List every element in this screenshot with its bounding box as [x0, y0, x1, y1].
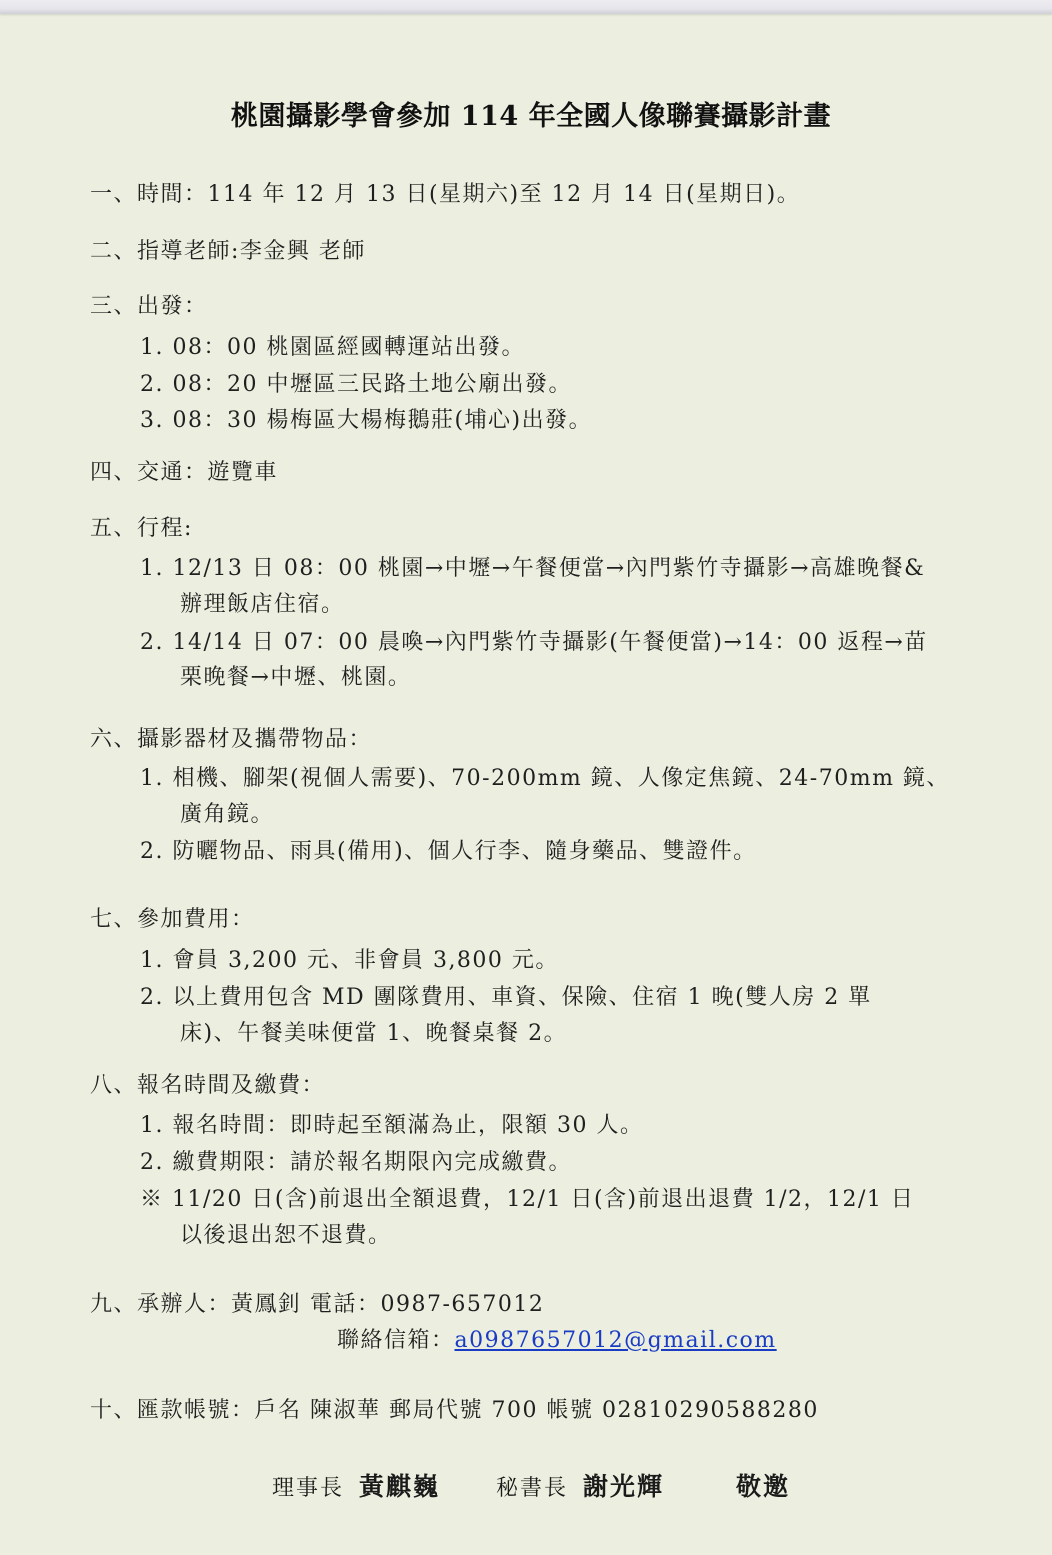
- registration-item: 2. 繳費期限：請於報名期限內完成繳費。: [140, 1148, 572, 1178]
- section-equipment-heading: 六、攝影器材及攜帶物品：: [90, 725, 372, 755]
- closing-text: 敬邀: [736, 1472, 790, 1501]
- fees-item: 1. 會員 3,200 元、非會員 3,800 元。: [140, 946, 559, 976]
- signature-closing: 敬邀: [736, 1470, 790, 1506]
- section-contact: 九、承辦人：黃鳳釗 電話：0987-657012: [90, 1290, 544, 1320]
- secretary-title: 秘書長: [496, 1476, 568, 1501]
- departure-item: 2. 08：20 中壢區三民路土地公廟出發。: [140, 370, 572, 400]
- section-registration-heading: 八、報名時間及繳費：: [90, 1071, 325, 1101]
- section-departure-heading: 三、出發：: [90, 292, 208, 322]
- secretary-name: 謝光輝: [583, 1472, 664, 1501]
- equipment-item-continued: 廣角鏡。: [180, 800, 274, 830]
- section-instructor: 二、指導老師:李金興 老師: [90, 237, 366, 267]
- chairman-title: 理事長: [272, 1476, 344, 1501]
- signature-secretary: 秘書長 謝光輝: [496, 1470, 664, 1506]
- email-label: 聯絡信箱：: [337, 1328, 455, 1353]
- section-bank-account: 十、匯款帳號：戶名 陳淑華 郵局代號 700 帳號 02810290588280: [90, 1396, 819, 1426]
- refund-note-continued: 以後退出恕不退費。: [180, 1221, 392, 1251]
- viewer-top-bar: [0, 0, 1052, 14]
- section-time: 一、時間：114 年 12 月 13 日(星期六)至 12 月 14 日(星期日…: [90, 180, 800, 210]
- document-title: 桃園攝影學會參加 114 年全國人像聯賽攝影計畫: [0, 94, 1052, 133]
- email-row: 聯絡信箱：a0987657012@gmail.com: [337, 1326, 777, 1356]
- chairman-name: 黃麒巍: [359, 1472, 440, 1501]
- departure-item: 1. 08：00 桃園區經國轉運站出發。: [140, 333, 525, 363]
- equipment-item: 1. 相機、腳架(視個人需要)、70-200mm 鏡、人像定焦鏡、24-70mm…: [140, 764, 950, 794]
- fees-item: 2. 以上費用包含 MD 團隊費用、車資、保險、住宿 1 晚(雙人房 2 單: [140, 983, 872, 1013]
- itinerary-item: 1. 12/13 日 08：00 桃園→中壢→午餐便當→內門紫竹寺攝影→高雄晚餐…: [140, 554, 925, 584]
- section-fees-heading: 七、參加費用：: [90, 905, 255, 935]
- signature-chairman: 理事長 黃麒巍: [272, 1470, 440, 1506]
- fees-item-continued: 床)、午餐美味便當 1、晚餐桌餐 2。: [180, 1019, 567, 1049]
- equipment-item: 2. 防曬物品、雨具(備用)、個人行李、隨身藥品、雙證件。: [140, 837, 757, 867]
- itinerary-item: 2. 14/14 日 07：00 晨喚→內門紫竹寺攝影(午餐便當)→14：00 …: [140, 628, 928, 658]
- departure-item: 3. 08：30 楊梅區大楊梅鵝莊(埔心)出發。: [140, 406, 592, 436]
- section-itinerary-heading: 五、行程:: [90, 514, 193, 544]
- refund-note: ※ 11/20 日(含)前退出全額退費，12/1 日(含)前退出退費 1/2，1…: [140, 1185, 914, 1215]
- itinerary-item-continued: 栗晚餐→中壢、桃園。: [180, 663, 411, 693]
- itinerary-item-continued: 辦理飯店住宿。: [180, 590, 345, 620]
- email-link[interactable]: a0987657012@gmail.com: [455, 1328, 777, 1353]
- registration-item: 1. 報名時間：即時起至額滿為止，限額 30 人。: [140, 1111, 643, 1141]
- section-transport: 四、交通：遊覽車: [90, 458, 278, 488]
